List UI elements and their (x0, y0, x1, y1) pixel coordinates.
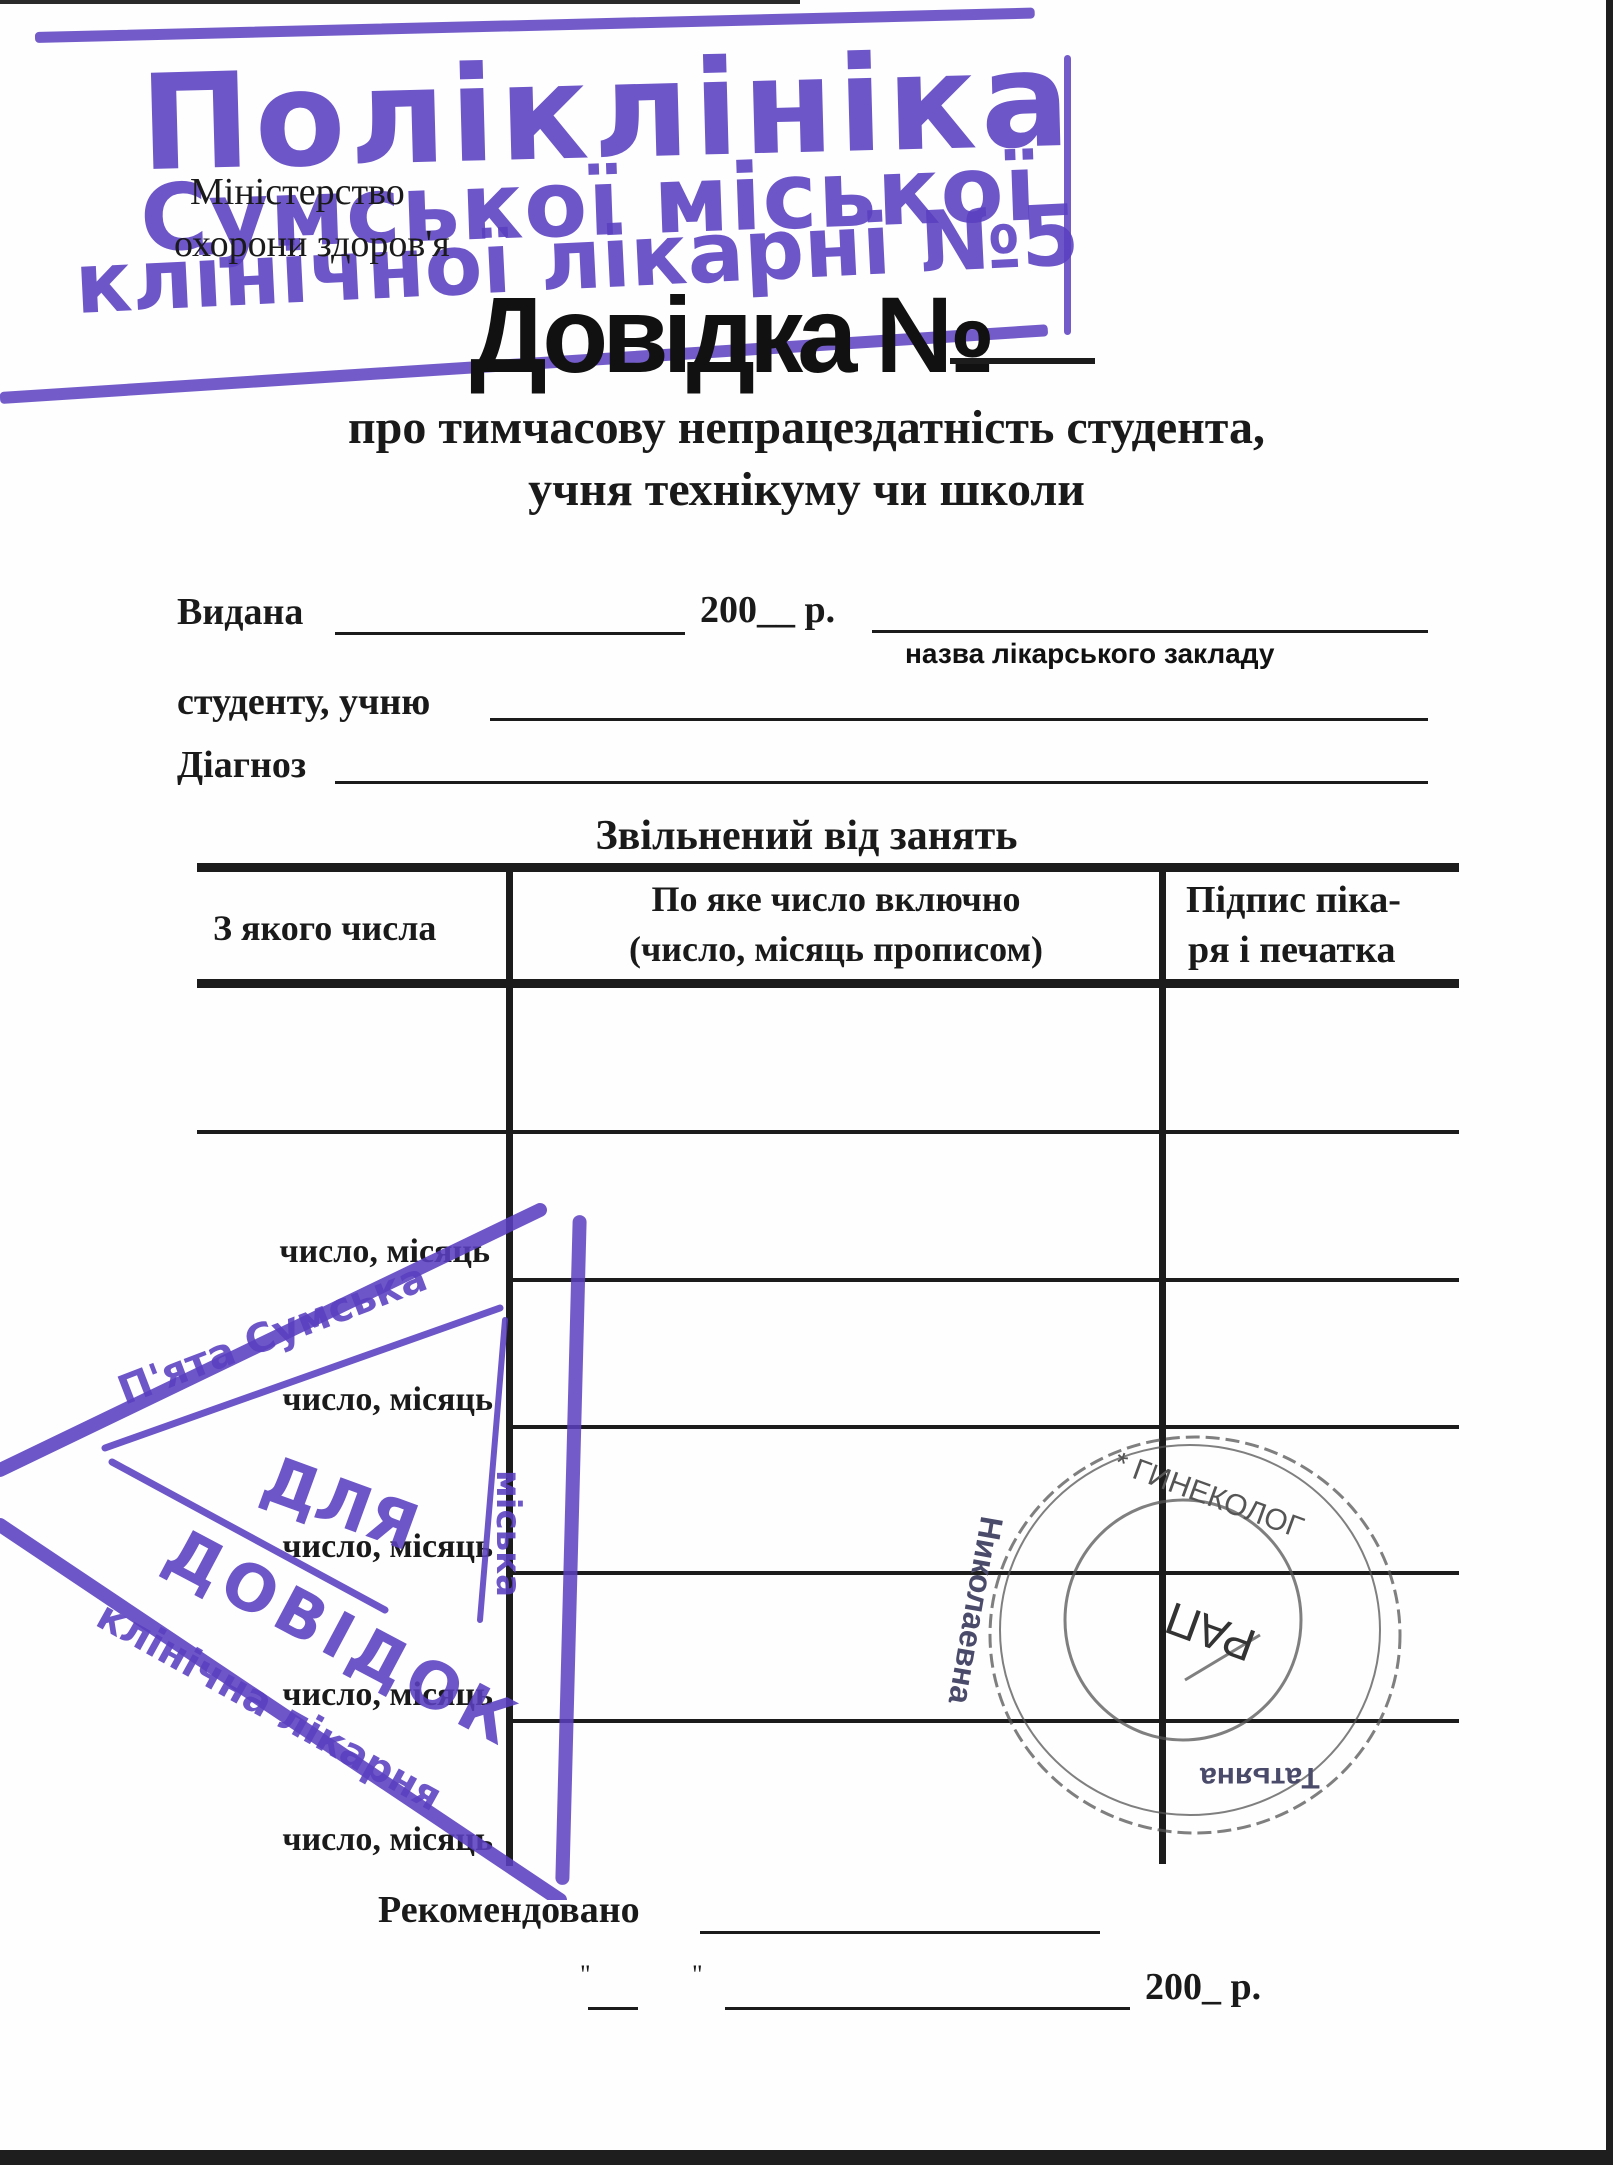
column-header-signature-line1: Підпис піка- (1186, 878, 1401, 922)
issued-date-line (335, 632, 685, 635)
column-header-to-line1: По яке число включно (513, 878, 1159, 920)
diagnosis-label: Діагноз (177, 743, 306, 787)
diagnosis-field[interactable] (335, 741, 1432, 781)
student-line (490, 718, 1428, 721)
recommended-field[interactable] (700, 1891, 1104, 1931)
column-header-from: З якого числа (213, 907, 436, 949)
student-label: студенту, учню (177, 680, 430, 724)
ministry-label-line2: охорони здоров'я (174, 222, 450, 266)
exemption-title: Звільнений від занять (0, 812, 1613, 860)
document-number-blank[interactable] (950, 358, 1095, 364)
subtitle-line1: про тимчасову непрацездатність студента, (0, 400, 1613, 455)
issued-date-field[interactable] (335, 592, 689, 632)
row-1-to-cell[interactable] (514, 988, 1158, 1130)
row-1-signature-cell[interactable] (1167, 988, 1459, 1130)
document-title: Довідка № (470, 272, 990, 397)
column-header-to-line2: (число, місяць прописом) (513, 928, 1159, 970)
issued-year-label: 200__ р. (700, 588, 835, 632)
row-3-signature-cell[interactable] (1167, 1282, 1459, 1425)
scan-edge-top (0, 0, 800, 4)
student-field[interactable] (490, 678, 1432, 718)
diagnosis-line (335, 781, 1428, 784)
recommended-label: Рекомендовано (378, 1888, 640, 1932)
triangle-stamp-side-text: міська (488, 1470, 528, 1597)
subtitle-line2: учня технікуму чи школи (0, 462, 1613, 517)
table-header-bottom-border (197, 979, 1459, 988)
ministry-label-line1: Міністерство (190, 170, 405, 214)
scan-edge-right (1606, 0, 1613, 2165)
institution-caption: назва лікарського закладу (905, 638, 1274, 670)
institution-line (872, 630, 1428, 633)
institution-field[interactable] (872, 590, 1432, 630)
round-stamp-bottom-text: Татьяна (1200, 1760, 1320, 1794)
date-year-label: 200_ р. (1145, 1965, 1261, 2009)
date-month-field[interactable] (725, 1968, 1134, 2008)
date-day-field[interactable] (588, 1968, 642, 2008)
table-row-1[interactable] (200, 988, 505, 1130)
scan-edge-bottom (0, 2150, 1613, 2165)
table-top-border (197, 863, 1459, 872)
column-header-signature-line2: ря і печатка (1188, 928, 1396, 972)
recommended-line (700, 1931, 1100, 1934)
date-quote-close: " (692, 1960, 703, 1990)
issued-label: Видана (177, 590, 303, 634)
row-2-signature-cell[interactable] (1167, 1134, 1459, 1278)
